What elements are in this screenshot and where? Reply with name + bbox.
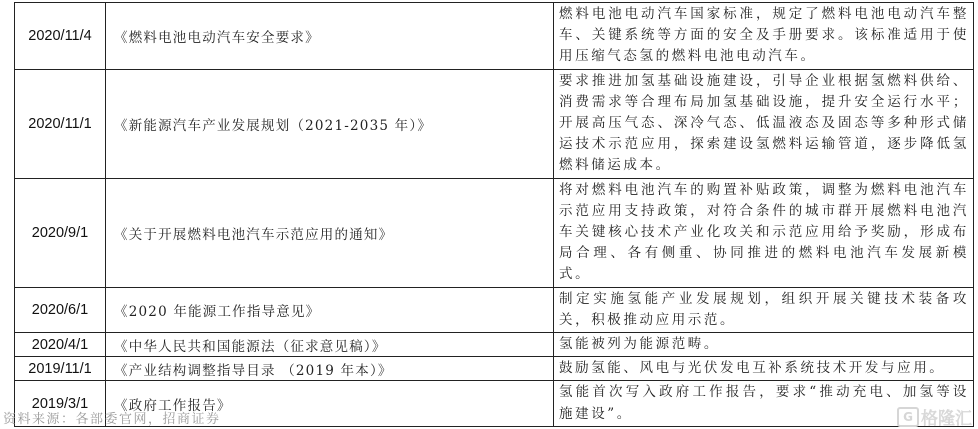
policy-description: 将对燃料电池汽车的购置补贴政策，调整为燃料电池汽车示范应用支持政策，对符合条件的… <box>554 178 974 287</box>
policy-date: 2020/6/1 <box>15 287 106 332</box>
watermark: G 格隆汇 <box>897 404 972 429</box>
table-row: 2020/9/1 《关于开展燃料电池汽车示范应用的通知》 将对燃料电池汽车的购置… <box>15 178 974 287</box>
policy-title: 《新能源汽车产业发展规划（2021-2035 年）》 <box>106 69 554 178</box>
table-row: 2019/11/1 《产业结构调整指导目录 （2019 年本）》 鼓励氢能、风电… <box>15 357 974 381</box>
policy-date: 2020/4/1 <box>15 333 106 357</box>
watermark-logo-icon: G <box>897 407 919 427</box>
policy-title: 《关于开展燃料电池汽车示范应用的通知》 <box>106 178 554 287</box>
policy-table: 2020/11/4 《燃料电池电动汽车安全要求》 燃料电池电动汽车国家标准，规定… <box>14 2 974 427</box>
policy-title: 《中华人民共和国能源法（征求意见稿）》 <box>106 333 554 357</box>
policy-date: 2020/9/1 <box>15 178 106 287</box>
policy-title: 《2020 年能源工作指导意见》 <box>106 287 554 332</box>
policy-description: 制定实施氢能产业发展规划，组织开展关键技术装备攻关，积极推动应用示范。 <box>554 287 974 332</box>
policy-title: 《产业结构调整指导目录 （2019 年本）》 <box>106 357 554 381</box>
policy-date: 2019/11/1 <box>15 357 106 381</box>
table-row: 2020/4/1 《中华人民共和国能源法（征求意见稿）》 氢能被列为能源范畴。 <box>15 333 974 357</box>
watermark-text: 格隆汇 <box>921 404 972 429</box>
source-note: 资料来源：各部委官网，招商证券 <box>3 408 221 427</box>
policy-title: 《燃料电池电动汽车安全要求》 <box>106 3 554 70</box>
policy-date: 2020/11/1 <box>15 69 106 178</box>
policy-date: 2020/11/4 <box>15 3 106 70</box>
policy-description: 要求推进加氢基础设施建设，引导企业根据氢燃料供给、消费需求等合理布局加氢基础设施… <box>554 69 974 178</box>
policy-description: 燃料电池电动汽车国家标准，规定了燃料电池电动汽车整车、关键系统等方面的安全及手册… <box>554 3 974 70</box>
table-row: 2020/6/1 《2020 年能源工作指导意见》 制定实施氢能产业发展规划，组… <box>15 287 974 332</box>
policy-description: 氢能被列为能源范畴。 <box>554 333 974 357</box>
table-row: 2020/11/4 《燃料电池电动汽车安全要求》 燃料电池电动汽车国家标准，规定… <box>15 3 974 70</box>
table-row: 2020/11/1 《新能源汽车产业发展规划（2021-2035 年）》 要求推… <box>15 69 974 178</box>
policy-description: 鼓励氢能、风电与光伏发电互补系统技术开发与应用。 <box>554 357 974 381</box>
